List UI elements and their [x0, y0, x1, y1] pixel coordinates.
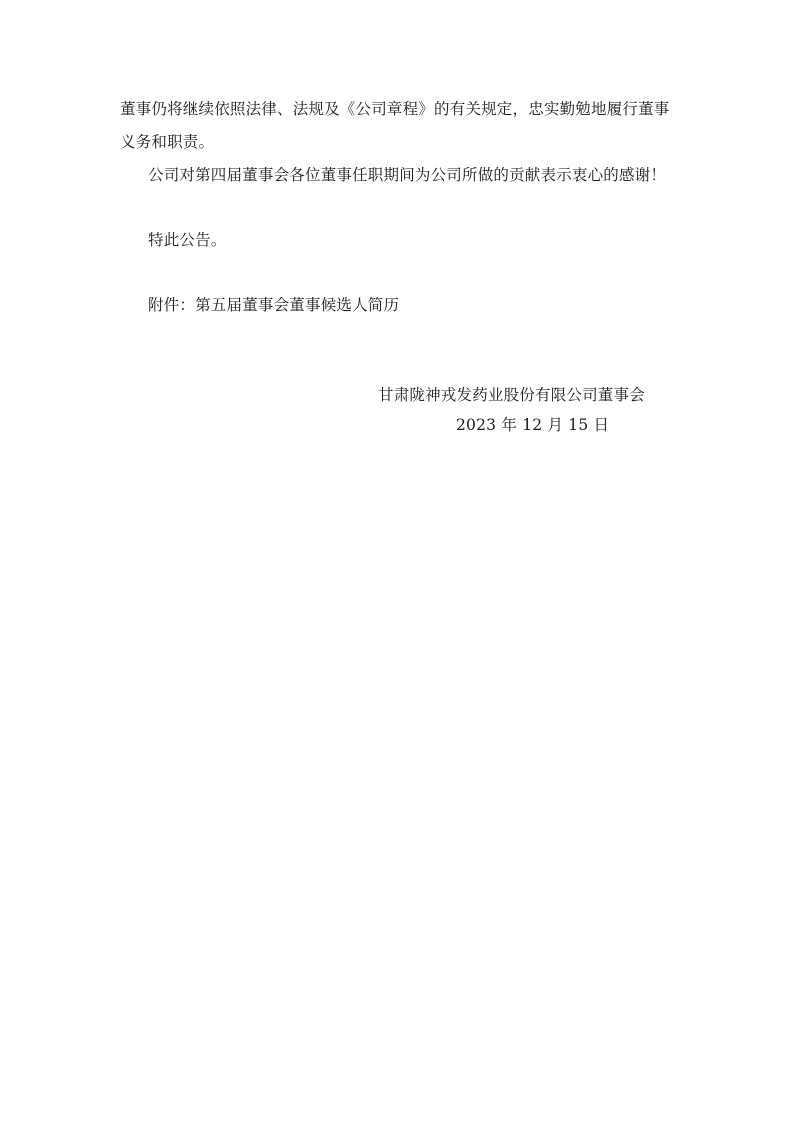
- announcement-closing: 特此公告。: [148, 230, 227, 250]
- signature-date: 2023 年 12 月 15 日: [456, 415, 609, 435]
- thanks-paragraph: 公司对第四届董事会各位董事任职期间为公司所做的贡献表示衷心的感谢！: [148, 165, 666, 185]
- signature-organization: 甘肃陇神戎发药业股份有限公司董事会: [378, 385, 645, 405]
- paragraph-continuation-line-2: 义务和职责。: [120, 132, 214, 152]
- document-page: 董事仍将继续依照法律、法规及《公司章程》的有关规定，忠实勤勉地履行董事 义务和职…: [0, 0, 793, 1122]
- paragraph-continuation-line-1: 董事仍将继续依照法律、法规及《公司章程》的有关规定，忠实勤勉地履行董事: [120, 99, 670, 119]
- attachment-note: 附件：第五届董事会董事候选人简历: [148, 295, 399, 315]
